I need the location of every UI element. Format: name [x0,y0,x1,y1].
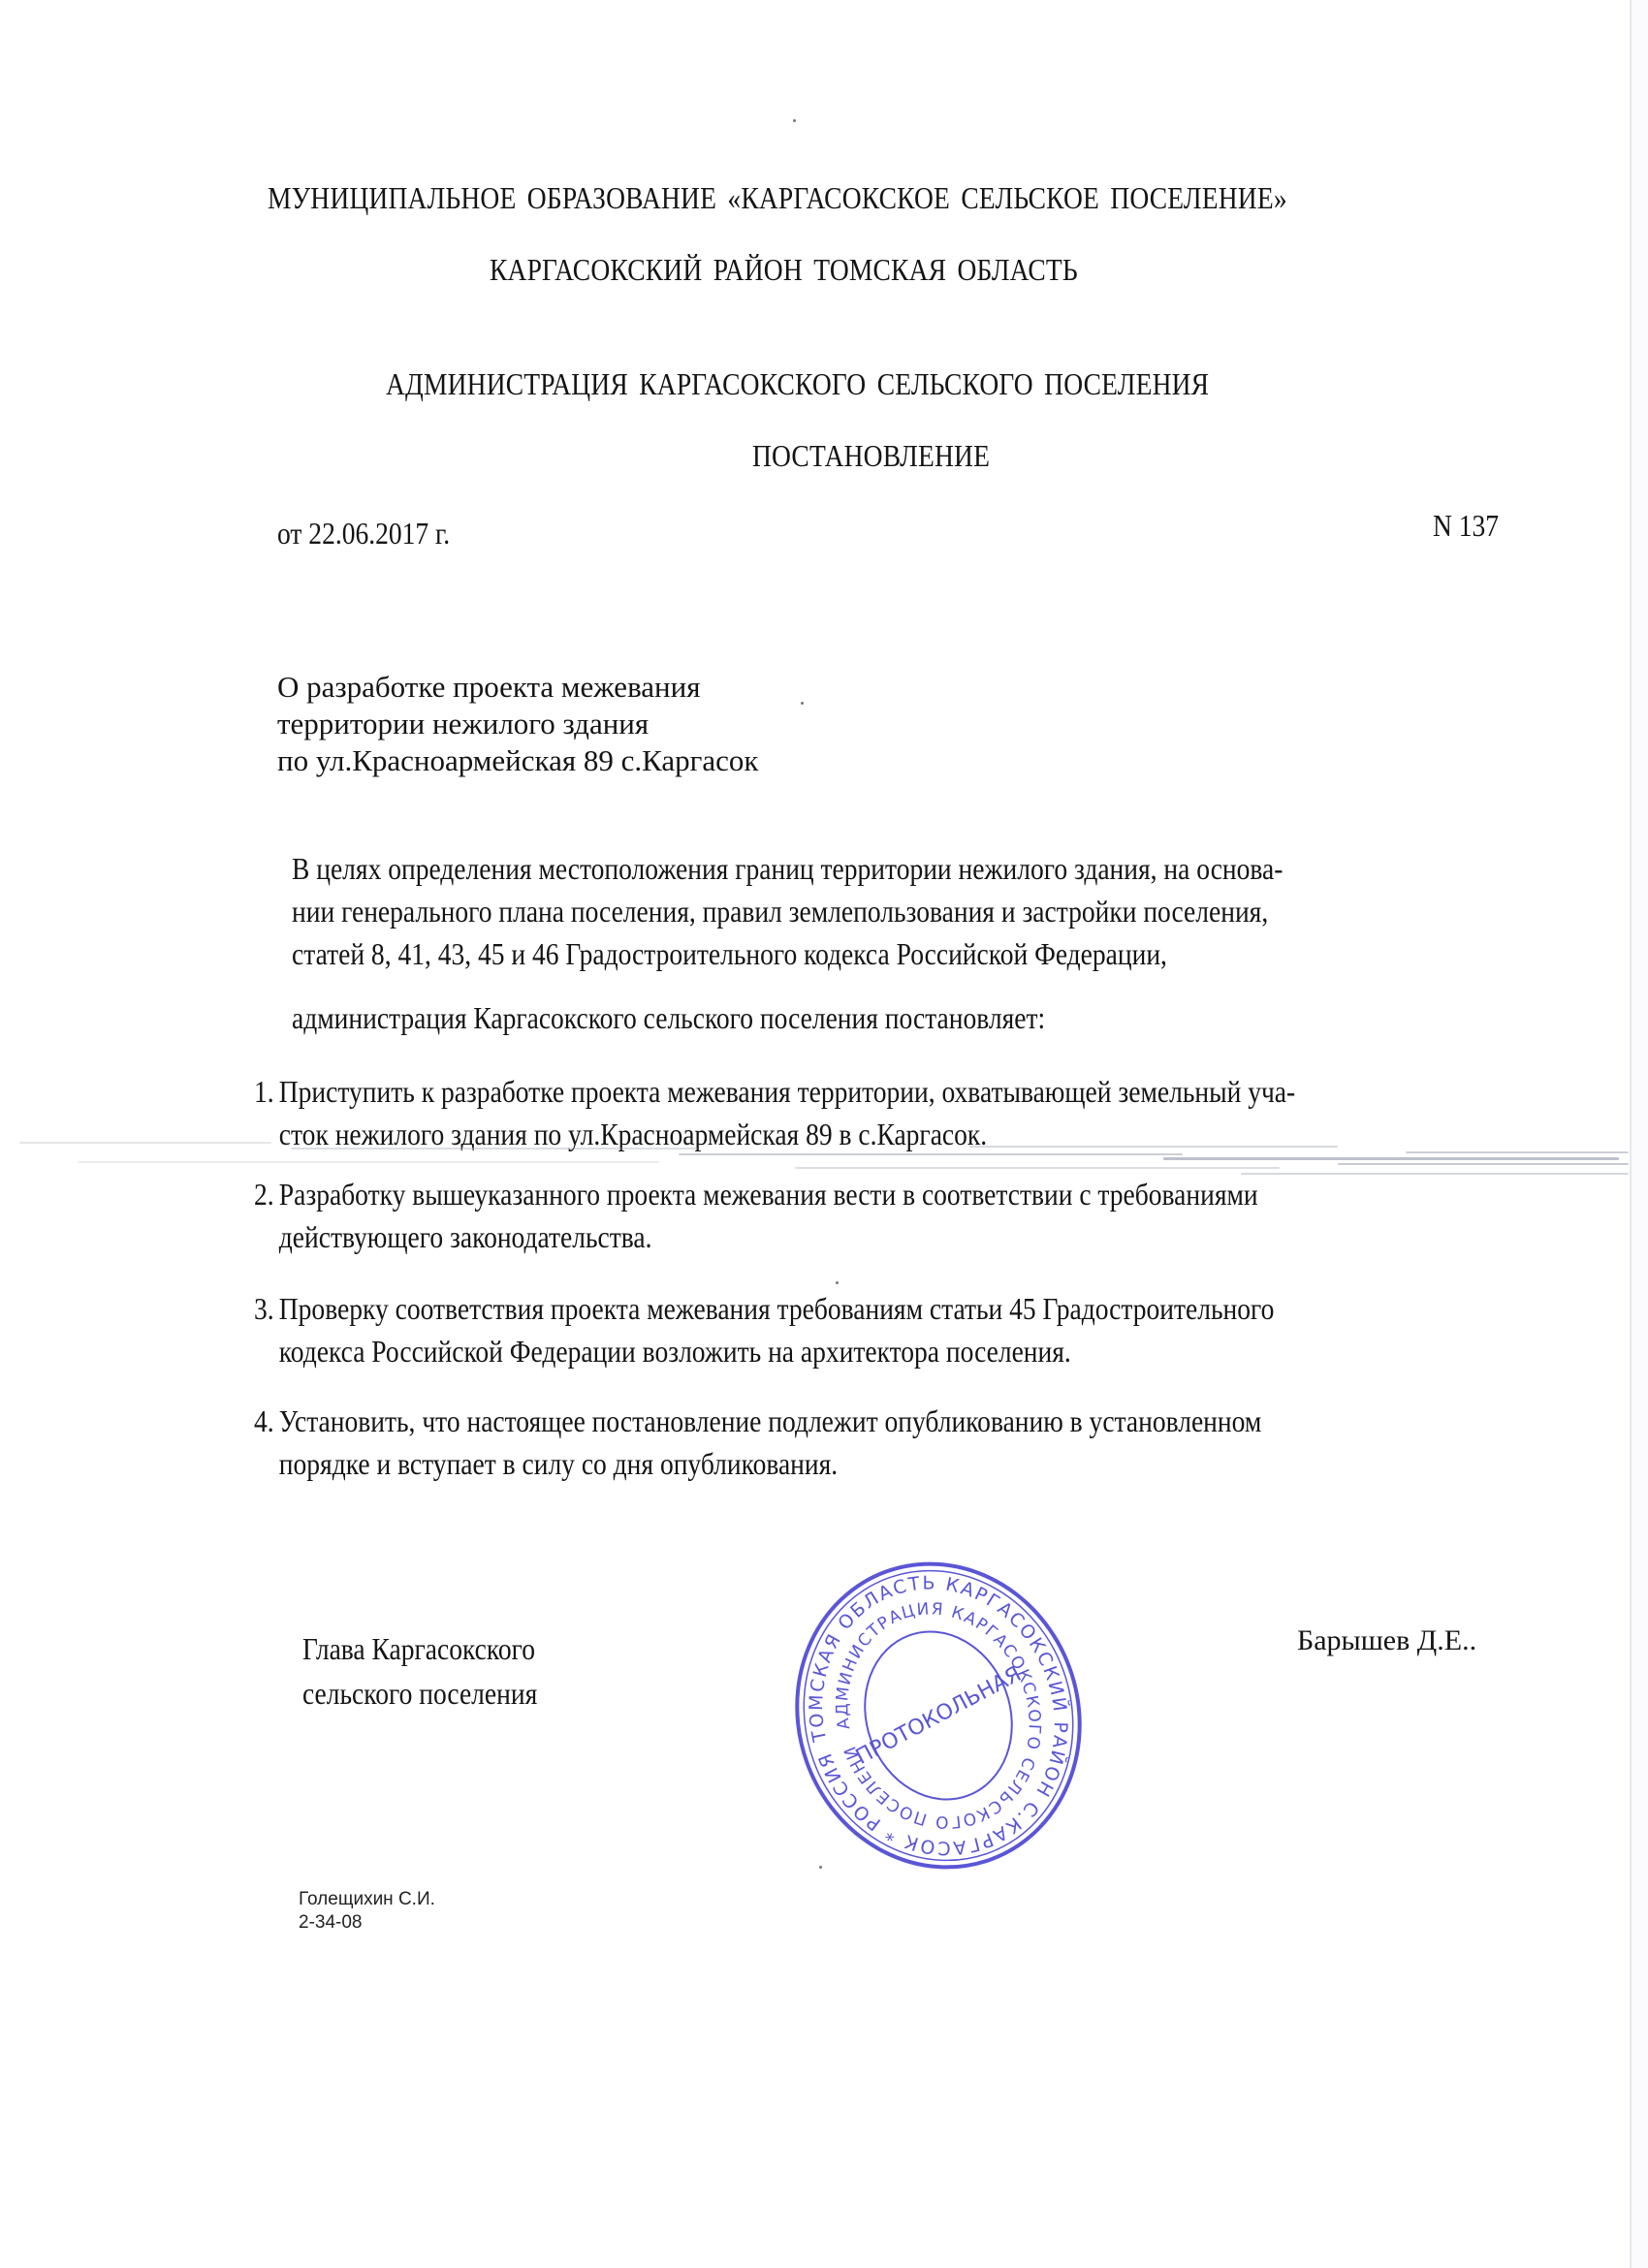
preamble-line: В целях определения местоположения грани… [292,847,1283,890]
scan-speck [793,119,796,122]
document-number: N 137 [1433,504,1499,547]
resolves-clause: администрация Каргасокского сельского по… [292,996,1045,1039]
preamble-line: нии генерального плана поселения, правил… [292,890,1283,932]
document-date: от 22.06.2017 г. [277,512,450,554]
list-number: 3. [254,1287,279,1330]
signatory-title-line: сельского поселения [302,1671,537,1716]
executor-info: Голещихин С.И. 2-34-08 [299,1888,435,1935]
signatory-name: Барышев Д.Е.. [1297,1624,1476,1657]
signatory-title: Глава Каргасокского сельского поселения [302,1626,537,1716]
subject-line: по ул.Красноармейская 89 с.Каргасок [277,742,758,779]
subject-line: территории нежилого здания [277,706,758,742]
list-item-text: Приступить к разработке проекта межевани… [279,1074,1295,1109]
scan-speck [836,1281,839,1284]
scan-speck [819,1866,822,1869]
list-item-text: действующего законодательства. [254,1215,1258,1258]
page-edge [1630,0,1632,2268]
list-number: 1. [254,1070,279,1113]
subject-line: О разработке проекта межевания [277,669,758,706]
document-subject: О разработке проекта межевания территори… [277,669,758,779]
executor-name: Голещихин С.И. [299,1888,435,1911]
list-item-text: Установить, что настоящее постановление … [279,1403,1261,1438]
list-item-1: 1.Приступить к разработке проекта межева… [254,1070,1295,1155]
list-item-text: Разработку вышеуказанного проекта межева… [279,1177,1258,1212]
list-number: 2. [254,1173,279,1215]
executor-phone: 2-34-08 [299,1911,435,1935]
list-item-text: Проверку соответствия проекта межевания … [279,1291,1275,1326]
scan-speck [801,702,804,705]
preamble-line: статей 8, 41, 43, 45 и 46 Градостроитель… [292,932,1283,975]
list-item-text: кодекса Российской Федерации возложить н… [254,1330,1274,1372]
list-number: 4. [254,1400,279,1442]
signatory-title-line: Глава Каргасокского [302,1626,537,1671]
header-administration: АДМИНИСТРАЦИЯ КАРГАСОКСКОГО СЕЛЬСКОГО ПО… [386,366,1209,402]
list-item-2: 2.Разработку вышеуказанного проекта меже… [254,1173,1258,1258]
list-item-4: 4.Установить, что настоящее постановлени… [254,1400,1261,1485]
header-region: КАРГАСОКСКИЙ РАЙОН ТОМСКАЯ ОБЛАСТЬ [490,252,1078,288]
list-item-text: сток нежилого здания по ул.Красноармейск… [254,1113,1295,1155]
seal-icon: ТОМСКАЯ ОБЛАСТЬ КАРГАСОКСКИЙ РАЙОН С.КАР… [793,1556,1084,1875]
official-seal-stamp: ТОМСКАЯ ОБЛАСТЬ КАРГАСОКСКИЙ РАЙОН С.КАР… [793,1556,1084,1875]
preamble: В целях определения местоположения грани… [292,847,1283,975]
list-item-text: порядке и вступает в силу со дня опублик… [254,1442,1261,1485]
list-item-3: 3.Проверку соответствия проекта межевани… [254,1287,1274,1372]
page-shade [1632,0,1648,2268]
header-municipality: МУНИЦИПАЛЬНОЕ ОБРАЗОВАНИЕ «КАРГАСОКСКОЕ … [268,180,1287,216]
document-type-title: ПОСТАНОВЛЕНИЕ [752,438,990,474]
svg-text:ПРОТОКОЛЬНАЯ: ПРОТОКОЛЬНАЯ [852,1662,1026,1770]
